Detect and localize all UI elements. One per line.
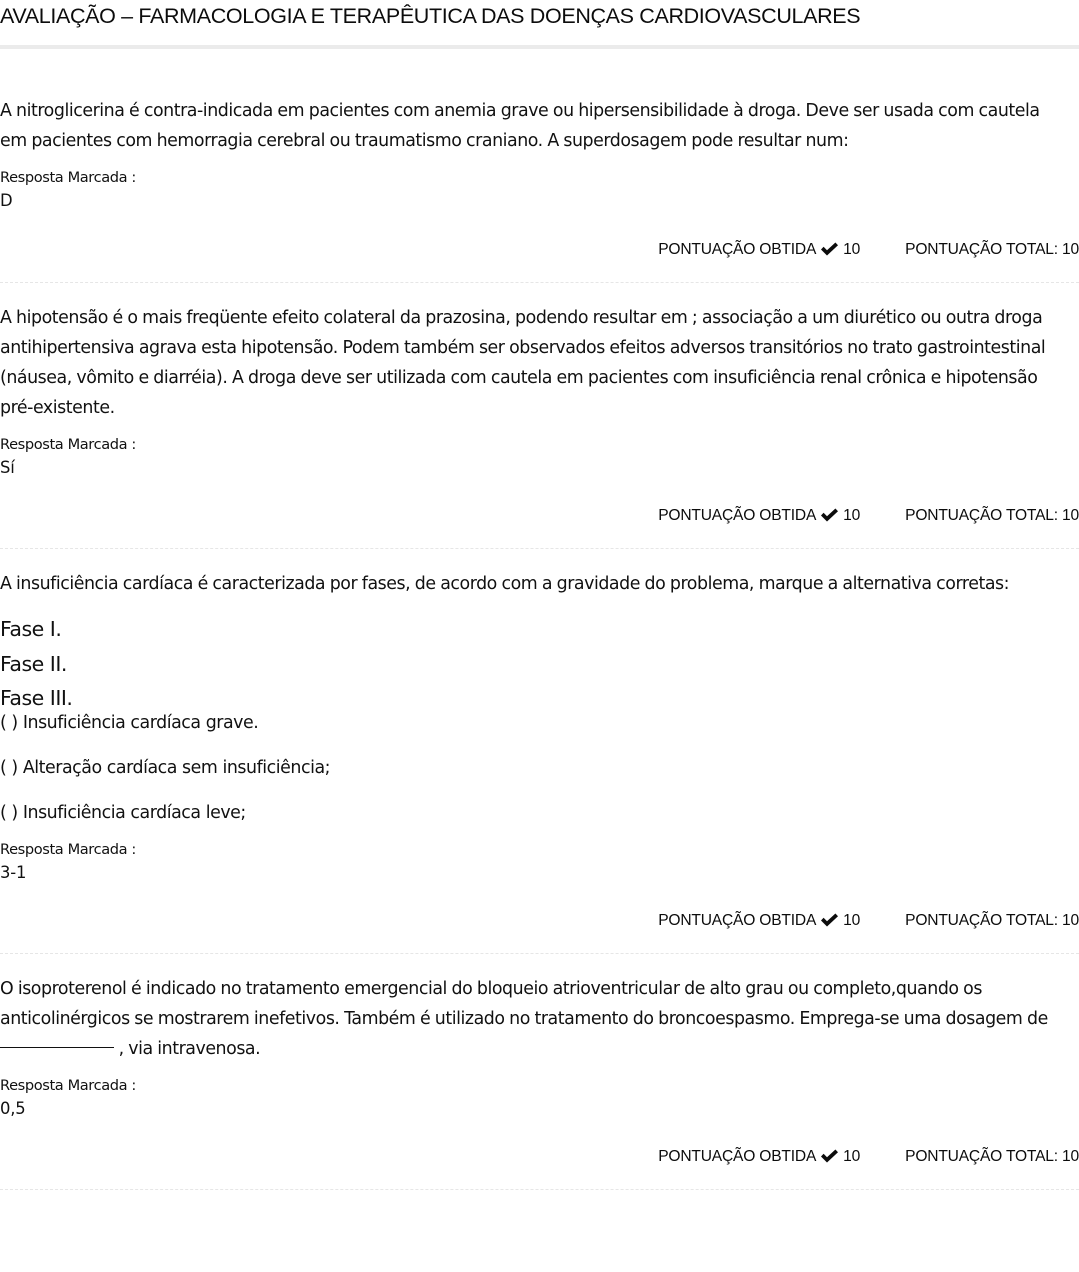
score-obtained: PONTUAÇÃO OBTIDA 10 xyxy=(658,912,860,930)
check-icon xyxy=(820,508,839,522)
score-total-label: PONTUAÇÃO TOTAL: xyxy=(905,507,1058,524)
score-obtained-value: 10 xyxy=(843,912,860,930)
question-text-before-blank: O isoproterenol é indicado no tratamento… xyxy=(0,979,1048,1029)
question-item: O isoproterenol é indicado no tratamento… xyxy=(0,954,1079,1190)
score-obtained: PONTUAÇÃO OBTIDA 10 xyxy=(658,507,860,525)
phase-item: Fase II. xyxy=(0,647,1079,682)
question-text: A insuficiência cardíaca é caracterizada… xyxy=(0,569,1079,599)
answer-block: Resposta Marcada : 0,5 xyxy=(0,1076,1079,1122)
answer-label: Resposta Marcada : xyxy=(0,435,1079,455)
question-text: O isoproterenol é indicado no tratamento… xyxy=(0,974,1079,1064)
score-obtained: PONTUAÇÃO OBTIDA 10 xyxy=(658,1148,860,1166)
score-total-label: PONTUAÇÃO TOTAL: xyxy=(905,241,1058,258)
option-item: ( ) Insuficiência cardíaca grave. xyxy=(0,708,1079,738)
score-obtained: PONTUAÇÃO OBTIDA 10 xyxy=(658,241,860,259)
answer-value: 3-1 xyxy=(0,860,1079,886)
answer-block: Resposta Marcada : D xyxy=(0,168,1079,214)
page-header: AVALIAÇÃO – FARMACOLOGIA E TERAPÊUTICA D… xyxy=(0,0,1079,49)
fill-in-blank xyxy=(0,1047,114,1048)
question-text: A hipotensão é o mais freqüente efeito c… xyxy=(0,303,1079,423)
answer-label: Resposta Marcada : xyxy=(0,1076,1079,1096)
score-row: PONTUAÇÃO OBTIDA 10 PONTUAÇÃO TOTAL: 10 xyxy=(0,495,1079,537)
question-text: A nitroglicerina é contra-indicada em pa… xyxy=(0,96,1079,156)
score-total-label: PONTUAÇÃO TOTAL: xyxy=(905,1148,1058,1165)
score-row: PONTUAÇÃO OBTIDA 10 PONTUAÇÃO TOTAL: 10 xyxy=(0,900,1079,942)
score-total-value: 10 xyxy=(1062,241,1079,258)
check-icon xyxy=(820,1149,839,1163)
score-obtained-value: 10 xyxy=(843,507,860,525)
phase-item: Fase I. xyxy=(0,612,1079,647)
score-total-label: PONTUAÇÃO TOTAL: xyxy=(905,912,1058,929)
answer-block: Resposta Marcada : 3-1 xyxy=(0,840,1079,886)
score-obtained-value: 10 xyxy=(843,1148,860,1166)
score-total: PONTUAÇÃO TOTAL: 10 xyxy=(905,912,1079,930)
answer-label: Resposta Marcada : xyxy=(0,840,1079,860)
score-row: PONTUAÇÃO OBTIDA 10 PONTUAÇÃO TOTAL: 10 xyxy=(0,1136,1079,1178)
answer-label: Resposta Marcada : xyxy=(0,168,1079,188)
score-total-value: 10 xyxy=(1062,507,1079,524)
score-total: PONTUAÇÃO TOTAL: 10 xyxy=(905,241,1079,259)
question-text-after-blank: , via intravenosa. xyxy=(119,1039,261,1059)
score-total-value: 10 xyxy=(1062,1148,1079,1165)
page-title: AVALIAÇÃO – FARMACOLOGIA E TERAPÊUTICA D… xyxy=(0,0,1079,29)
score-obtained-label: PONTUAÇÃO OBTIDA xyxy=(658,241,816,259)
score-total: PONTUAÇÃO TOTAL: 10 xyxy=(905,1148,1079,1166)
score-obtained-label: PONTUAÇÃO OBTIDA xyxy=(658,507,816,525)
answer-value: Sí xyxy=(0,455,1079,481)
score-obtained-label: PONTUAÇÃO OBTIDA xyxy=(658,912,816,930)
question-item: A nitroglicerina é contra-indicada em pa… xyxy=(0,96,1079,283)
option-list: ( ) Insuficiência cardíaca grave. ( ) Al… xyxy=(0,708,1079,828)
check-icon xyxy=(820,913,839,927)
score-obtained-label: PONTUAÇÃO OBTIDA xyxy=(658,1148,816,1166)
option-item: ( ) Insuficiência cardíaca leve; xyxy=(0,798,1079,828)
check-icon xyxy=(820,242,839,256)
question-item: A hipotensão é o mais freqüente efeito c… xyxy=(0,283,1079,549)
score-obtained-value: 10 xyxy=(843,241,860,259)
phase-list: Fase I. Fase II. Fase III. xyxy=(0,612,1079,716)
answer-block: Resposta Marcada : Sí xyxy=(0,435,1079,481)
answer-value: 0,5 xyxy=(0,1096,1079,1122)
score-total-value: 10 xyxy=(1062,912,1079,929)
option-item: ( ) Alteração cardíaca sem insuficiência… xyxy=(0,753,1079,783)
score-total: PONTUAÇÃO TOTAL: 10 xyxy=(905,507,1079,525)
score-row: PONTUAÇÃO OBTIDA 10 PONTUAÇÃO TOTAL: 10 xyxy=(0,229,1079,271)
question-item: A insuficiência cardíaca é caracterizada… xyxy=(0,549,1079,954)
answer-value: D xyxy=(0,188,1079,214)
question-list: A nitroglicerina é contra-indicada em pa… xyxy=(0,49,1079,1190)
